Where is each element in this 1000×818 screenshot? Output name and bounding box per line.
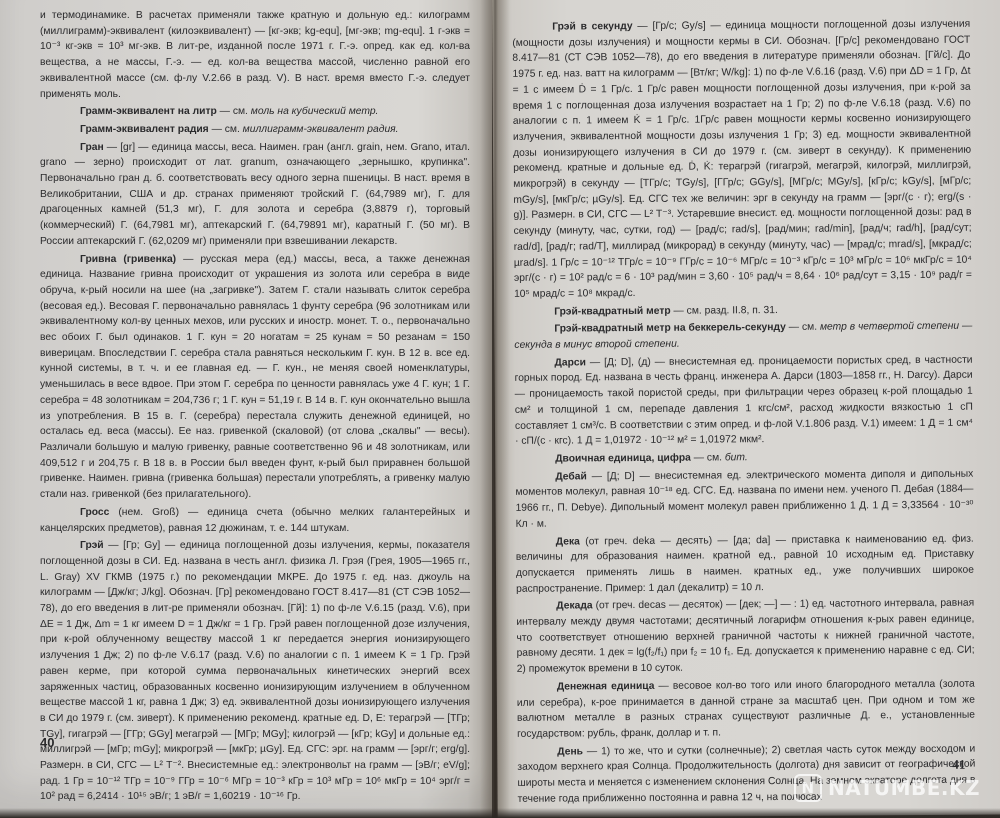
- entry-term: Денежная единица: [557, 681, 655, 693]
- dictionary-entry: Грэй — [Гр; Gy] — единица поглощенной до…: [40, 538, 470, 805]
- entry-body: — см.: [209, 124, 243, 135]
- entry-term: Грэй-квадратный метр: [554, 305, 671, 317]
- continuation-text: и термодинамике. В расчетах применяли та…: [40, 8, 470, 102]
- entry-term: Гросс: [80, 507, 109, 518]
- entry-term: Грэй в секунду: [552, 21, 632, 33]
- entry-term: Декада: [556, 601, 592, 612]
- open-book: и термодинамике. В расчетах применяли та…: [0, 0, 1000, 818]
- entry-term: Дарси: [554, 357, 585, 368]
- entry-term: Грэй-квадратный метр на беккерель-секунд…: [554, 322, 786, 335]
- watermark-text: NATUMBE.KZ: [828, 776, 980, 800]
- dictionary-entry: Гран — [gr] — единица массы, веса. Наиме…: [40, 140, 470, 250]
- page-number: 40: [40, 735, 54, 751]
- entry-term: День: [557, 746, 583, 757]
- entry-body: — см.: [217, 106, 251, 117]
- entry-term: Грамм-эквивалент на литр: [80, 106, 217, 117]
- entry-term: Дека: [556, 536, 580, 547]
- entry-term: Гривна (гривенка): [80, 254, 176, 265]
- dictionary-entry: Гросс (нем. Groß) — единица счета (обычн…: [40, 505, 470, 536]
- watermark: N NATUMBE.KZ: [794, 774, 980, 802]
- entry-term: Дебай: [555, 471, 587, 482]
- entry-body: — [Гр; Gy] — единица поглощенной дозы из…: [40, 540, 470, 802]
- right-page: Грэй в секунду — [Гр/с; Gy/s] — единица …: [492, 0, 1000, 818]
- entry-body: — см.: [691, 452, 725, 463]
- dictionary-entry: Двоичная единица, цифра — см. бит.: [515, 449, 973, 468]
- dictionary-entry: Грэй в секунду — [Гр/с; Gy/s] — единица …: [512, 17, 972, 303]
- dictionary-entry: Дебай — [Д; D] — внесистемная ед. электр…: [515, 466, 973, 532]
- entry-body: — русская мера (ед.) массы, веса, а такж…: [40, 254, 470, 501]
- left-page: и термодинамике. В расчетах применяли та…: [0, 0, 492, 818]
- dictionary-entry: Дека (от греч. deka — десять) — [да; da]…: [516, 531, 974, 597]
- dictionary-entry: Грэй-квадратный метр — см. разд. II.8, п…: [514, 301, 972, 320]
- entry-body: (от греч. deka — десять) — [да; da] — пр…: [516, 533, 974, 594]
- entry-term: Грэй: [80, 540, 104, 551]
- entry-reference: миллиграмм-эквивалент радия.: [243, 124, 399, 135]
- dictionary-entry: Гривна (гривенка) — русская мера (ед.) м…: [40, 252, 470, 503]
- dictionary-entry: Грамм-эквивалент на литр — см. моль на к…: [40, 104, 470, 120]
- dictionary-entry: Декада (от греч. decas — десяток) — [дек…: [516, 596, 975, 678]
- entry-term: Гран: [80, 142, 104, 153]
- entry-body: — [gr] — единица массы, веса. Наимен. гр…: [40, 142, 470, 247]
- dictionary-entry: Грэй-квадратный метр на беккерель-секунд…: [514, 319, 972, 354]
- watermark-logo-icon: N: [794, 774, 822, 802]
- entry-term: Грамм-эквивалент радия: [80, 124, 209, 135]
- book-bottom-edge: [0, 808, 1000, 818]
- entry-reference: бит.: [725, 452, 748, 463]
- dictionary-entry: Денежная единица — весовое кол-во того и…: [517, 676, 975, 742]
- dictionary-entry: Дарси — [Д; D], (д) — внесистемная ед. п…: [514, 352, 973, 449]
- entry-body: — [Гр/с; Gy/s] — единица мощности поглощ…: [512, 19, 972, 300]
- entry-body: — см. разд. II.8, п. 31.: [671, 305, 778, 317]
- dictionary-entry: Грамм-эквивалент радия — см. миллиграмм-…: [40, 122, 470, 138]
- entry-term: Двоичная единица, цифра: [555, 453, 691, 465]
- entry-body: — см.: [786, 322, 820, 333]
- page-number: 41: [952, 757, 965, 773]
- entry-reference: моль на кубический метр.: [251, 106, 379, 117]
